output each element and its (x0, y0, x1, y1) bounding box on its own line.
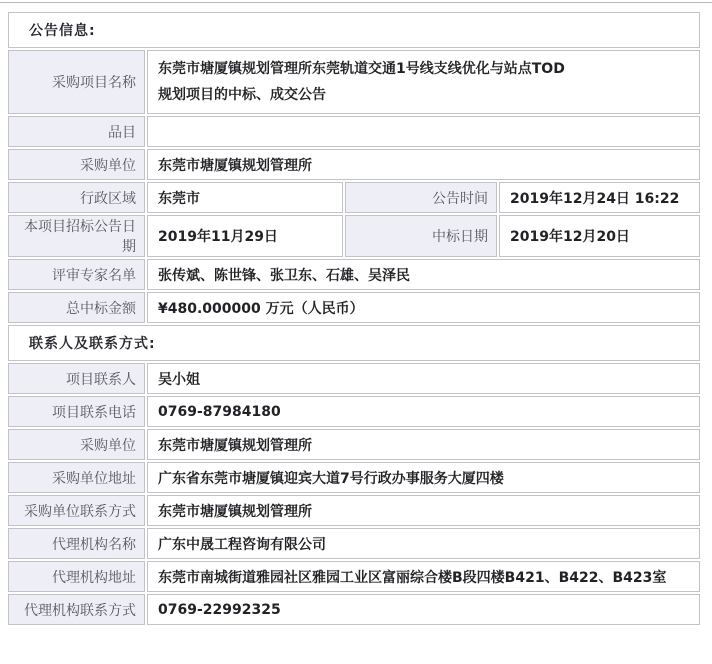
field-label-agency-address: 代理机构地址 (8, 561, 145, 592)
table-row: 采购项目名称 东莞市塘厦镇规划管理所东莞轨道交通1号线支线优化与站点TOD 规划… (8, 50, 700, 114)
table-row: 采购单位 东莞市塘厦镇规划管理所 (8, 429, 700, 460)
table-row: 行政区域 东莞市 公告时间 2019年12月24日 16:22 (8, 182, 700, 213)
field-label-total-amount: 总中标金额 (8, 292, 145, 323)
field-label-project-name: 采购项目名称 (8, 50, 145, 114)
table-row: 采购单位地址 广东省东莞市塘厦镇迎宾大道7号行政办事服务大厦四楼 (8, 462, 700, 493)
field-value-expert-list: 张传斌、陈世锋、张卫东、石雄、吴泽民 (147, 259, 700, 290)
field-value-agency-name: 广东中晟工程咨询有限公司 (147, 528, 700, 559)
table-row: 项目联系人 吴小姐 (8, 363, 700, 394)
table-row: 总中标金额 ¥480.000000 万元（人民币） (8, 292, 700, 323)
field-label-agency-name: 代理机构名称 (8, 528, 145, 559)
field-label-agency-contact: 代理机构联系方式 (8, 594, 145, 625)
field-value-category (147, 116, 700, 147)
field-label-purchaser: 采购单位 (8, 149, 145, 180)
table-row: 项目联系电话 0769-87984180 (8, 396, 700, 427)
field-label-expert-list: 评审专家名单 (8, 259, 145, 290)
project-name-line-1: 东莞市塘厦镇规划管理所东莞轨道交通1号线支线优化与站点TOD (158, 56, 693, 82)
table-row: 代理机构地址 东莞市南城街道雅园社区雅园工业区富丽综合楼B段四楼B421、B42… (8, 561, 700, 592)
field-label-project-contact: 项目联系人 (8, 363, 145, 394)
field-value-award-date: 2019年12月20日 (499, 215, 700, 257)
field-value-purchaser-2: 东莞市塘厦镇规划管理所 (147, 429, 700, 460)
field-label-category: 品目 (8, 116, 145, 147)
field-label-purchaser-2: 采购单位 (8, 429, 145, 460)
field-label-region: 行政区域 (8, 182, 145, 213)
field-value-project-name: 东莞市塘厦镇规划管理所东莞轨道交通1号线支线优化与站点TOD 规划项目的中标、成… (147, 50, 700, 114)
section-header-row: 公告信息: (8, 12, 700, 48)
field-value-total-amount: ¥480.000000 万元（人民币） (147, 292, 700, 323)
table-row: 代理机构联系方式 0769-22992325 (8, 594, 700, 625)
field-label-tender-notice-date: 本项目招标公告日期 (8, 215, 145, 257)
table-row: 采购单位 东莞市塘厦镇规划管理所 (8, 149, 700, 180)
project-name-line-2: 规划项目的中标、成交公告 (158, 82, 693, 108)
field-value-region: 东莞市 (147, 182, 343, 213)
table-row: 代理机构名称 广东中晟工程咨询有限公司 (8, 528, 700, 559)
field-label-announce-time: 公告时间 (345, 182, 497, 213)
table-row: 本项目招标公告日期 2019年11月29日 中标日期 2019年12月20日 (8, 215, 700, 257)
field-value-agency-address: 东莞市南城街道雅园社区雅园工业区富丽综合楼B段四楼B421、B422、B423室 (147, 561, 700, 592)
field-value-project-phone: 0769-87984180 (147, 396, 700, 427)
field-label-award-date: 中标日期 (345, 215, 497, 257)
field-value-purchaser-contact: 东莞市塘厦镇规划管理所 (147, 495, 700, 526)
field-value-agency-contact: 0769-22992325 (147, 594, 700, 625)
announcement-table: 公告信息: 采购项目名称 东莞市塘厦镇规划管理所东莞轨道交通1号线支线优化与站点… (6, 10, 702, 627)
field-value-purchaser: 东莞市塘厦镇规划管理所 (147, 149, 700, 180)
section-header-row: 联系人及联系方式: (8, 325, 700, 361)
section-title-announcement-info: 公告信息: (8, 12, 700, 48)
table-row: 品目 (8, 116, 700, 147)
table-row: 评审专家名单 张传斌、陈世锋、张卫东、石雄、吴泽民 (8, 259, 700, 290)
field-value-announce-time: 2019年12月24日 16:22 (499, 182, 700, 213)
top-divider (0, 2, 712, 3)
field-value-project-contact: 吴小姐 (147, 363, 700, 394)
field-label-purchaser-address: 采购单位地址 (8, 462, 145, 493)
field-value-tender-notice-date: 2019年11月29日 (147, 215, 343, 257)
field-value-purchaser-address: 广东省东莞市塘厦镇迎宾大道7号行政办事服务大厦四楼 (147, 462, 700, 493)
field-label-purchaser-contact: 采购单位联系方式 (8, 495, 145, 526)
field-label-project-phone: 项目联系电话 (8, 396, 145, 427)
section-title-contact-info: 联系人及联系方式: (8, 325, 700, 361)
table-row: 采购单位联系方式 东莞市塘厦镇规划管理所 (8, 495, 700, 526)
